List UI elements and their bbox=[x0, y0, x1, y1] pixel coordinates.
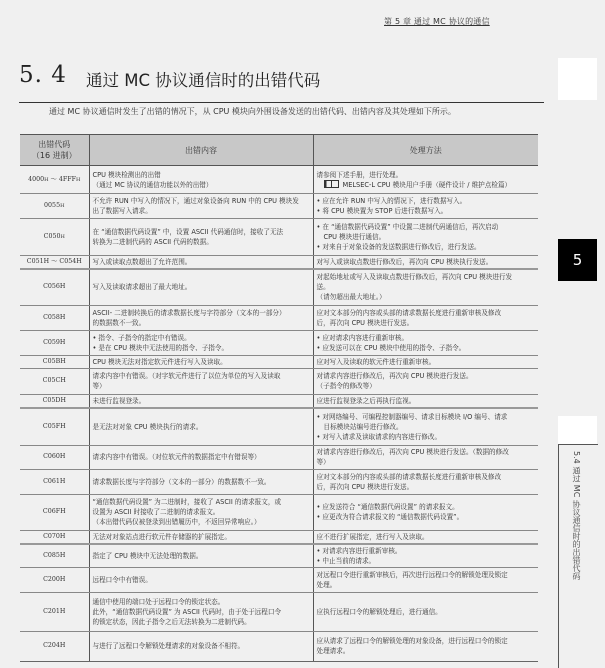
handling-line: 应进行监视登录之后再执行监视。 bbox=[317, 396, 536, 406]
error-code-cell: C06FH bbox=[20, 494, 89, 530]
content-line: 指定了 CPU 模块中无法处理的数据。 bbox=[93, 551, 310, 561]
handling-cell: 应进行监视登录之后再执行监视。 bbox=[313, 394, 538, 408]
error-code: C05CH bbox=[43, 377, 66, 384]
error-content-cell: 指令、子指令的指定中有错误。是在 CPU 模块中无法使用的指令、子指令。 bbox=[89, 330, 313, 355]
table-header-row: 出错代码 （16 进制） 出错内容 处理方法 bbox=[20, 135, 538, 166]
error-code: C058H bbox=[43, 314, 65, 321]
error-code: C201H bbox=[43, 608, 65, 615]
handling-cell: 在 “通信数据代码设置” 中设置二进制代码通信后，再次启动CPU 模块进行通信。… bbox=[313, 219, 538, 256]
error-code-cell: C060H bbox=[20, 445, 89, 469]
error-code: C060H bbox=[43, 453, 65, 460]
error-content-cell: CPU 模块无法对指定软元件进行写入及读取。 bbox=[89, 355, 313, 368]
error-code-cell: C058H bbox=[20, 305, 89, 330]
handling-cell: 对请求内容进行修改后，再次向 CPU 模块进行发送。（数据的修改等） bbox=[313, 445, 538, 469]
content-line: 转换为二进制代码的 ASCII 代码的数据。 bbox=[93, 237, 310, 247]
content-line: 未进行监视登录。 bbox=[93, 396, 310, 406]
error-code-cell: C059H bbox=[20, 330, 89, 355]
manual-reference: MELSEC-L CPU 模块用户手册（硬件设计 / 维护点检篇） bbox=[317, 180, 536, 190]
handling-line: 后，再次向 CPU 模块进行发送。 bbox=[317, 482, 536, 492]
error-content-cell: 无法对对象站点进行软元件存储器的扩展指定。 bbox=[89, 530, 313, 544]
intro-paragraph: 通过 MC 协议通信时发生了出错的情况下，从 CPU 模块向外围设备发送的出错代… bbox=[49, 106, 456, 117]
error-code: C204H bbox=[43, 642, 65, 649]
error-content-cell: CPU 模块检测出的出错（通过 MC 协议的通信功能以外的出错） bbox=[89, 166, 313, 194]
content-bullet: 指令、子指令的指定中有错误。 bbox=[93, 333, 310, 343]
content-line: CPU 模块检测出的出错 bbox=[93, 170, 310, 180]
table-row: 0055H不允许 RUN 中写入的情况下，通过对象设备向 RUN 中的 CPU … bbox=[20, 194, 538, 219]
handling-cell: 应发送符合 “通信数据代码设置” 的请求报文。应更改为符合请求报文的 “通信数据… bbox=[313, 494, 538, 530]
content-line: 请求内容中有错误。（对位软元件的数据指定中有错误等） bbox=[93, 452, 310, 462]
content-line: （本出错代码仅被登录到出错履历中，不返回异常响应。） bbox=[93, 517, 310, 527]
table-row: C050H在 “通信数据代码设置” 中，设置 ASCII 代码通信时，接收了无法… bbox=[20, 219, 538, 256]
table-row: C085H指定了 CPU 模块中无法处理的数据。对请求内容进行重新审核。中止当前… bbox=[20, 544, 538, 568]
handling-cell: 请参阅下述手册，进行处理。MELSEC-L CPU 模块用户手册（硬件设计 / … bbox=[313, 166, 538, 194]
side-tab-blank-lower bbox=[558, 416, 597, 444]
content-line: 请求内容中有错误。（对字软元件进行了以位为单位的写入及读取 bbox=[93, 371, 310, 381]
handling-cell: 应在允许 RUN 中写入的情况下，进行数据写入。将 CPU 模块置为 STOP … bbox=[313, 194, 538, 219]
error-code: 4000 bbox=[28, 176, 44, 183]
handling-bullet: 应发送可以在 CPU 模块中使用的指令、子指令。 bbox=[317, 343, 536, 353]
handling-line: 对起始地址或写入及读取点数进行修改后，再次向 CPU 模块进行发 bbox=[317, 272, 536, 282]
table-row: C05BHCPU 模块无法对指定软元件进行写入及读取。应对写入及读取的软元件进行… bbox=[20, 355, 538, 368]
error-content-cell: 不允许 RUN 中写入的情况下，通过对象设备向 RUN 中的 CPU 模块发出了… bbox=[89, 194, 313, 219]
error-code: C085H bbox=[43, 552, 65, 559]
error-code-cell: 0055H bbox=[20, 194, 89, 219]
table-row: C059H指令、子指令的指定中有错误。是在 CPU 模块中无法使用的指令、子指令… bbox=[20, 330, 538, 355]
handling-line: 对请求内容进行修改后，再次向 CPU 模块进行发送。 bbox=[317, 371, 536, 381]
error-code-cell: C05CH bbox=[20, 368, 89, 394]
handling-line: 应对写入及读取的软元件进行重新审核。 bbox=[317, 357, 536, 367]
handling-bullet-cont: CPU 模块进行通信。 bbox=[317, 232, 536, 242]
handling-cell: 对远程口令进行重新审核后，再次进行远程口令的解锁处理及锁定处理。 bbox=[313, 567, 538, 592]
content-line: 不允许 RUN 中写入的情况下，通过对象设备向 RUN 中的 CPU 模块发 bbox=[93, 196, 310, 206]
table-row: C060H请求内容中有错误。（对位软元件的数据指定中有错误等）对请求内容进行修改… bbox=[20, 445, 538, 469]
error-content-cell: 是无法对对象 CPU 模块执行的请求。 bbox=[89, 408, 313, 445]
error-code-cell: C085H bbox=[20, 544, 89, 568]
error-code: C070H bbox=[43, 533, 65, 540]
content-line: 通信中使用的端口处于远程口令的锁定状态。 bbox=[93, 597, 310, 607]
error-code: 0055 bbox=[44, 202, 60, 209]
content-line: 是无法对对象 CPU 模块执行的请求。 bbox=[93, 422, 310, 432]
error-content-cell: 指定了 CPU 模块中无法处理的数据。 bbox=[89, 544, 313, 568]
handling-line: 处理请求。 bbox=[317, 646, 536, 656]
table-row: 4000H ～ 4FFFHCPU 模块检测出的出错（通过 MC 协议的通信功能以… bbox=[20, 166, 538, 194]
handling-line: 应不进行扩展指定，进行写入及读取。 bbox=[317, 532, 536, 542]
hex-suffix: H bbox=[60, 234, 64, 240]
error-code-cell: 4000H ～ 4FFFH bbox=[20, 166, 89, 194]
handling-bullet: 对网络编号、可编程控制器编号、请求目标模块 I/O 编号、请求 bbox=[317, 412, 536, 422]
content-line: 请求数据长度与字符部分（文本的一部分）的数据数不一致。 bbox=[93, 477, 310, 487]
handling-bullet: 将 CPU 模块置为 STOP 后进行数据写入。 bbox=[317, 206, 536, 216]
chapter-tab[interactable]: 5 bbox=[558, 239, 597, 281]
table-row: C201H通信中使用的端口处于远程口令的锁定状态。此外，“通信数据代码设置” 为… bbox=[20, 592, 538, 631]
error-content-cell: 请求内容中有错误。（对位软元件的数据指定中有错误等） bbox=[89, 445, 313, 469]
error-content-cell: 写入或读取点数超出了允许范围。 bbox=[89, 256, 313, 270]
error-code-table: 出错代码 （16 进制） 出错内容 处理方法 4000H ～ 4FFFHCPU … bbox=[20, 134, 538, 662]
content-line: CPU 模块无法对指定软元件进行写入及读取。 bbox=[93, 357, 310, 367]
content-line: 写入或读取点数超出了允许范围。 bbox=[93, 257, 310, 267]
handling-line: （请勿超出最大地址。） bbox=[317, 292, 536, 302]
error-code: C200H bbox=[43, 576, 65, 583]
handling-bullet: 中止当前的请求。 bbox=[317, 556, 536, 566]
error-code-cell: C204H bbox=[20, 631, 89, 661]
table-row: C06FH“通信数据代码设置” 为二进制时，接收了 ASCII 的请求报文，或设… bbox=[20, 494, 538, 530]
content-line: 此外，“通信数据代码设置” 为 ASCII 代码时，由于处于远程口令 bbox=[93, 607, 310, 617]
handling-line: 对远程口令进行重新审核后，再次进行远程口令的解锁处理及锁定 bbox=[317, 570, 536, 580]
error-code: C05BH bbox=[43, 358, 66, 365]
table-row: C051H ～ C054H写入或读取点数超出了允许范围。对写入或读取点数进行修改… bbox=[20, 256, 538, 270]
header-error-content: 出错内容 bbox=[89, 135, 313, 166]
content-line: 在 “通信数据代码设置” 中，设置 ASCII 代码通信时，接收了无法 bbox=[93, 227, 310, 237]
table-row: C05DH未进行监视登录。应进行监视登录之后再执行监视。 bbox=[20, 394, 538, 408]
error-content-cell: 在 “通信数据代码设置” 中，设置 ASCII 代码通信时，接收了无法转换为二进… bbox=[89, 219, 313, 256]
handling-cell: 对请求内容进行重新审核。中止当前的请求。 bbox=[313, 544, 538, 568]
content-line: “通信数据代码设置” 为二进制时，接收了 ASCII 的请求报文，或 bbox=[93, 497, 310, 507]
handling-line: 应对文本部分的内容或头部的请求数据长度进行重新审核及修改 bbox=[317, 308, 536, 318]
handling-line: 应执行远程口令的解锁处理后，进行通信。 bbox=[317, 607, 536, 617]
error-content-cell: 请求内容中有错误。（对字软元件进行了以位为单位的写入及读取等） bbox=[89, 368, 313, 394]
manual-book-icon bbox=[324, 180, 339, 188]
content-line: 出了数据写入请求。 bbox=[93, 206, 310, 216]
handling-cell: 对网络编号、可编程控制器编号、请求目标模块 I/O 编号、请求目标模块站编号进行… bbox=[313, 408, 538, 445]
error-content-cell: 请求数据长度与字符部分（文本的一部分）的数据数不一致。 bbox=[89, 469, 313, 494]
handling-cell: 应对文本部分的内容或头部的请求数据长度进行重新审核及修改后，再次向 CPU 模块… bbox=[313, 469, 538, 494]
handling-cell: 应对请求内容进行重新审核。应发送可以在 CPU 模块中使用的指令、子指令。 bbox=[313, 330, 538, 355]
handling-bullet: 对请求内容进行重新审核。 bbox=[317, 546, 536, 556]
error-content-cell: 与进行了远程口令解锁处理请求的对象设备不相符。 bbox=[89, 631, 313, 661]
handling-cell: 对起始地址或写入及读取点数进行修改后，再次向 CPU 模块进行发送。（请勿超出最… bbox=[313, 269, 538, 305]
range-separator: ～ bbox=[49, 176, 59, 183]
content-line: 远程口令中有错误。 bbox=[93, 575, 310, 585]
side-tab-blank bbox=[558, 58, 597, 100]
handling-line: 应从请求了远程口令的解锁处理的对象设备，进行远程口令的锁定 bbox=[317, 636, 536, 646]
handling-cell: 应对文本部分的内容或头部的请求数据长度进行重新审核及修改后，再次向 CPU 模块… bbox=[313, 305, 538, 330]
content-bullet: 是在 CPU 模块中无法使用的指令、子指令。 bbox=[93, 343, 310, 353]
error-code-cell: C05DH bbox=[20, 394, 89, 408]
running-header: 第 5 章 通过 MC 协议的通信 bbox=[384, 16, 490, 27]
handling-bullet-cont: 目标模块站编号进行修改。 bbox=[317, 422, 536, 432]
table-row: C070H无法对对象站点进行软元件存储器的扩展指定。应不进行扩展指定，进行写入及… bbox=[20, 530, 538, 544]
handling-cell: 应从请求了远程口令的解锁处理的对象设备，进行远程口令的锁定处理请求。 bbox=[313, 631, 538, 661]
handling-cell: 对写入或读取点数进行修改后，再次向 CPU 模块执行发送。 bbox=[313, 256, 538, 270]
table-row: C056H写入及读取请求超出了最大地址。对起始地址或写入及读取点数进行修改后，再… bbox=[20, 269, 538, 305]
error-code: C050 bbox=[44, 233, 61, 240]
error-content-cell: 远程口令中有错误。 bbox=[89, 567, 313, 592]
header-error-code: 出错代码 （16 进制） bbox=[20, 135, 89, 166]
content-line: （通过 MC 协议的通信功能以外的出错） bbox=[93, 180, 310, 190]
handling-line: 对请求内容进行修改后，再次向 CPU 模块进行发送。（数据的修改 bbox=[317, 447, 536, 457]
content-line: 无法对对象站点进行软元件存储器的扩展指定。 bbox=[93, 532, 310, 542]
handling-bullet: 对来自于对象设备的发送数据进行修改后，进行发送。 bbox=[317, 242, 536, 252]
error-code-cell: C201H bbox=[20, 592, 89, 631]
error-code-cell: C051H ～ C054H bbox=[20, 256, 89, 270]
manual-reference-text: MELSEC-L CPU 模块用户手册（硬件设计 / 维护点检篇） bbox=[343, 181, 512, 189]
handling-line: 对写入或读取点数进行修改后，再次向 CPU 模块执行发送。 bbox=[317, 257, 536, 267]
handling-cell: 应执行远程口令的解锁处理后，进行通信。 bbox=[313, 592, 538, 631]
handling-line: （子指令的修改等） bbox=[317, 381, 536, 391]
error-code-cell: C05BH bbox=[20, 355, 89, 368]
error-code: C051H ～ C054H bbox=[27, 258, 82, 265]
error-code: C05FH bbox=[43, 423, 66, 430]
content-line: 等） bbox=[93, 381, 310, 391]
handling-cell: 对请求内容进行修改后，再次向 CPU 模块进行发送。（子指令的修改等） bbox=[313, 368, 538, 394]
header-handling: 处理方法 bbox=[313, 135, 538, 166]
table-row: C058HASCII- 二进制转换后的请求数据长度与字符部分（文本的一部分）的数… bbox=[20, 305, 538, 330]
handling-bullet: 应对请求内容进行重新审核。 bbox=[317, 333, 536, 343]
error-content-cell: 通信中使用的端口处于远程口令的锁定状态。此外，“通信数据代码设置” 为 ASCI… bbox=[89, 592, 313, 631]
error-content-cell: ASCII- 二进制转换后的请求数据长度与字符部分（文本的一部分）的数据数不一致… bbox=[89, 305, 313, 330]
error-code-cell: C050H bbox=[20, 219, 89, 256]
error-code: C06FH bbox=[43, 508, 66, 515]
content-line: 的锁定状态，因此子指令之后无法转换为二进制代码。 bbox=[93, 617, 310, 627]
handling-bullet: 应更改为符合请求报文的 “通信数据代码设置”。 bbox=[317, 512, 536, 522]
handling-line: 应对文本部分的内容或头部的请求数据长度进行重新审核及修改 bbox=[317, 472, 536, 482]
hex-suffix: H bbox=[60, 203, 64, 209]
content-line: 与进行了远程口令解锁处理请求的对象设备不相符。 bbox=[93, 641, 310, 651]
handling-bullet: 在 “通信数据代码设置” 中设置二进制代码通信后，再次启动 bbox=[317, 222, 536, 232]
error-code: C056H bbox=[43, 283, 65, 290]
section-title: 5. 4 通过 MC 协议通信时的出错代码 bbox=[19, 62, 544, 103]
error-code: C059H bbox=[43, 339, 65, 346]
error-code-cell: C200H bbox=[20, 567, 89, 592]
content-line: ASCII- 二进制转换后的请求数据长度与字符部分（文本的一部分） bbox=[93, 308, 310, 318]
table-row: C05FH是无法对对象 CPU 模块执行的请求。对网络编号、可编程控制器编号、请… bbox=[20, 408, 538, 445]
handling-bullet: 应在允许 RUN 中写入的情况下，进行数据写入。 bbox=[317, 196, 536, 206]
table-row: C05CH请求内容中有错误。（对字软元件进行了以位为单位的写入及读取等）对请求内… bbox=[20, 368, 538, 394]
section-side-tab-label: 5.4 通过 MC 协议通信时的出错代码 bbox=[571, 451, 582, 580]
handling-line: 送。 bbox=[317, 282, 536, 292]
error-content-cell: “通信数据代码设置” 为二进制时，接收了 ASCII 的请求报文，或设置为 AS… bbox=[89, 494, 313, 530]
error-code-end: 4FFF bbox=[59, 176, 76, 183]
table-row: C061H请求数据长度与字符部分（文本的一部分）的数据数不一致。应对文本部分的内… bbox=[20, 469, 538, 494]
handling-line: 等） bbox=[317, 457, 536, 467]
handling-cell: 应不进行扩展指定，进行写入及读取。 bbox=[313, 530, 538, 544]
handling-cell: 应对写入及读取的软元件进行重新审核。 bbox=[313, 355, 538, 368]
section-title-text: 通过 MC 协议通信时的出错代码 bbox=[86, 67, 320, 91]
handling-bullet: 对写入请求及读取请求的内容进行修改。 bbox=[317, 432, 536, 442]
error-code: C061H bbox=[43, 478, 65, 485]
error-content-cell: 未进行监视登录。 bbox=[89, 394, 313, 408]
handling-bullet: 应发送符合 “通信数据代码设置” 的请求报文。 bbox=[317, 502, 536, 512]
handling-line: 请参阅下述手册，进行处理。 bbox=[317, 170, 536, 180]
content-line: 的数据数不一致。 bbox=[93, 318, 310, 328]
handling-line: 后，再次向 CPU 模块进行发送。 bbox=[317, 318, 536, 328]
error-code-cell: C05FH bbox=[20, 408, 89, 445]
content-line: 写入及读取请求超出了最大地址。 bbox=[93, 282, 310, 292]
error-content-cell: 写入及读取请求超出了最大地址。 bbox=[89, 269, 313, 305]
section-side-tab[interactable]: 5.4 通过 MC 协议通信时的出错代码 bbox=[558, 444, 598, 668]
handling-line: 处理。 bbox=[317, 580, 536, 590]
error-code-cell: C070H bbox=[20, 530, 89, 544]
hex-suffix: H bbox=[76, 177, 80, 183]
table-row: C200H远程口令中有错误。对远程口令进行重新审核后，再次进行远程口令的解锁处理… bbox=[20, 567, 538, 592]
table-row: C204H与进行了远程口令解锁处理请求的对象设备不相符。应从请求了远程口令的解锁… bbox=[20, 631, 538, 661]
error-code: C05DH bbox=[43, 397, 66, 404]
error-code-cell: C056H bbox=[20, 269, 89, 305]
content-line: 设置为 ASCII 时接收了二进制的请求报文。 bbox=[93, 507, 310, 517]
error-code-cell: C061H bbox=[20, 469, 89, 494]
section-number: 5. 4 bbox=[19, 62, 67, 88]
